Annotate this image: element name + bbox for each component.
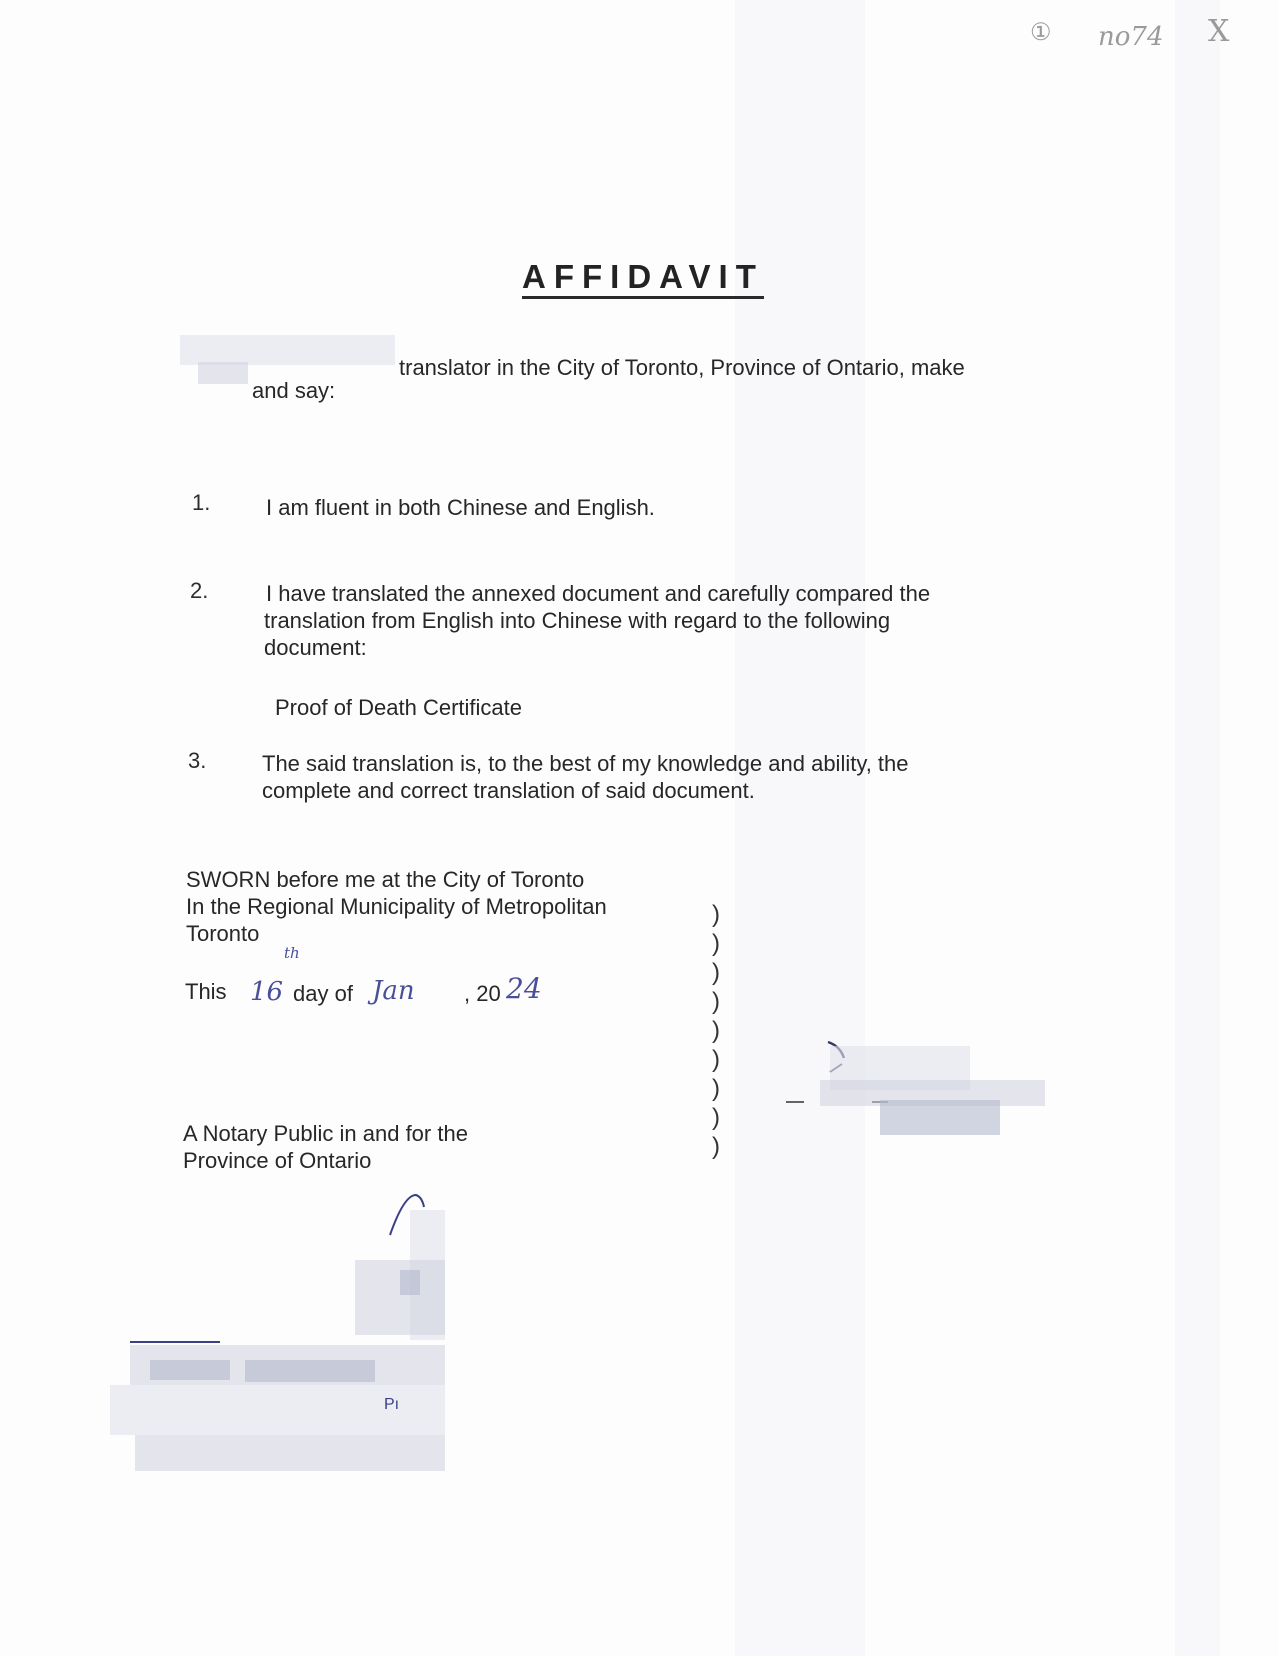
scan-shading: [1175, 0, 1220, 1656]
paragraph-2-line: translation from English into Chinese wi…: [264, 607, 890, 634]
bracket: ): [712, 1045, 720, 1074]
redacted-name: [180, 335, 395, 365]
x-mark: X: [1208, 14, 1229, 49]
intro-line-1: translator in the City of Toronto, Provi…: [399, 354, 965, 381]
year-prefix: , 20: [464, 980, 501, 1007]
document-name: Proof of Death Certificate: [275, 694, 522, 721]
handwritten-month: Jan: [372, 976, 415, 1006]
bracket: ): [712, 1103, 720, 1132]
scan-shading: [735, 0, 865, 1656]
handwritten-note: no74: [1098, 22, 1163, 52]
jurat-line: In the Regional Municipality of Metropol…: [186, 893, 607, 920]
circled-number-annotation: ①: [1030, 18, 1052, 46]
notary-line: A Notary Public in and for the: [183, 1120, 468, 1147]
paragraph-2-line: document:: [264, 634, 367, 661]
bracket: ): [712, 987, 720, 1016]
paragraph-3-line: complete and correct translation of said…: [262, 777, 755, 804]
bracket: ): [712, 1132, 720, 1161]
redacted-stamp: [135, 1435, 445, 1471]
day-label: day of: [293, 980, 353, 1007]
paragraph-1-text: I am fluent in both Chinese and English.: [266, 494, 655, 521]
paragraph-3-line: The said translation is, to the best of …: [262, 750, 909, 777]
bracket: ): [712, 929, 720, 958]
paragraph-number: 3.: [188, 748, 206, 774]
paragraph-2-line: I have translated the annexed document a…: [266, 580, 930, 607]
handwritten-year: 24: [506, 972, 542, 1005]
redacted-signature: [880, 1100, 1000, 1135]
paragraph-number: 2.: [190, 578, 208, 604]
redacted-name: [198, 362, 248, 384]
jurat-line: SWORN before me at the City of Toronto: [186, 866, 584, 893]
jurat-line: Toronto: [186, 920, 259, 947]
bracket: ): [712, 1074, 720, 1103]
handwritten-day-suffix: th: [284, 944, 300, 962]
bracket: ): [712, 958, 720, 987]
paragraph-number: 1.: [192, 490, 210, 516]
handwritten-day: 16: [250, 977, 283, 1007]
page-title: AFFIDAVIT: [522, 258, 764, 299]
intro-line-2: and say:: [252, 377, 335, 404]
notary-signature-line: [130, 1341, 220, 1343]
bracket: ): [712, 1016, 720, 1045]
date-prefix: This: [185, 978, 227, 1005]
stamp-fragment-text: Pı: [384, 1396, 399, 1414]
redacted-stamp: [245, 1360, 375, 1382]
redacted-stamp: [150, 1360, 230, 1380]
redacted-stamp: [400, 1270, 420, 1295]
bracket: ): [712, 900, 720, 929]
notary-line: Province of Ontario: [183, 1147, 371, 1174]
